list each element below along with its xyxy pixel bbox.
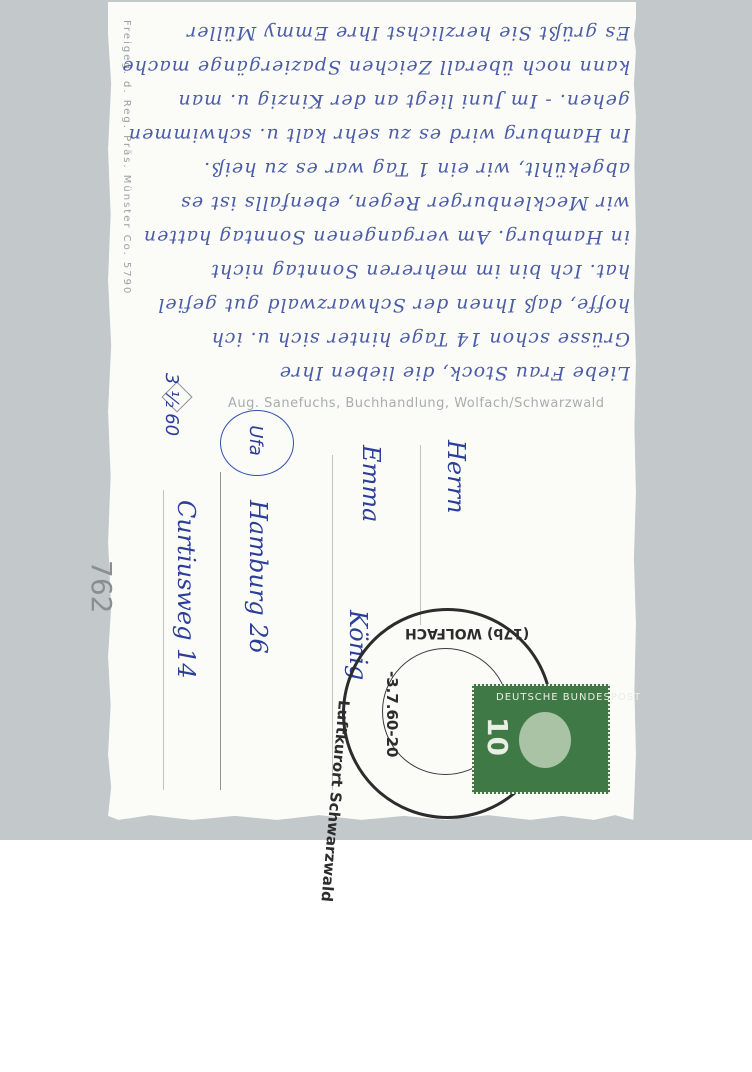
message-line: in Hamburg. Am vergangenen Sonntag hatte… (120, 212, 630, 248)
address-salutation: Herrn (442, 440, 470, 514)
message-line: hoffe, daß Ihnen der Schwarzwald gut gef… (120, 280, 630, 316)
logo-annotation: 3 ½ 60 (161, 373, 182, 436)
address-first-name: Emma (357, 445, 385, 522)
address-street: Curtiusweg 14 (172, 500, 200, 679)
message-line: Grüsse schon 14 Tage hinter sich u. ich (120, 314, 630, 350)
circled-note-text: Ufa (245, 425, 266, 456)
stamp-value: 10 (481, 717, 514, 756)
message-line: abgekühlt, wir ein 1 Tag war es zu heiß. (120, 144, 630, 180)
postage-stamp: DEUTSCHE BUNDESPOST 10 (472, 684, 610, 794)
pencil-number: 762 (85, 560, 118, 613)
stamp-country: DEUTSCHE BUNDESPOST (496, 692, 641, 703)
address-city: Hamburg 26 (244, 500, 272, 654)
handwritten-message: Liebe Frau Stock, die lieben Ihre Grüsse… (120, 4, 630, 384)
message-line: Liebe Frau Stock, die lieben Ihre (120, 348, 630, 384)
message-line: gehen. - Im Juni liegt an der Kinzig u. … (120, 76, 630, 112)
stamp-portrait-icon (519, 712, 571, 768)
message-line: wir Mecklenburger Regen, ebenfalls ist e… (120, 178, 630, 214)
postmark-date: -3.7.60-20 (383, 671, 401, 757)
postmark-town-code: (17b) WOLFACH (405, 625, 529, 641)
address-divider (220, 472, 221, 790)
message-line: In Hamburg wird es zu sehr kalt u. schwi… (120, 110, 630, 146)
message-line: Es grüßt Sie herzlichst Ihre Emmy Müller (120, 8, 630, 44)
message-line: kann noch überall Zeichen Spaziergänge m… (120, 42, 630, 78)
address-line (163, 490, 164, 790)
address-line (420, 445, 421, 625)
message-line: hat. Ich bin im mehreren Sonntag nicht (120, 246, 630, 282)
publisher-imprint: Aug. Sanefuchs, Buchhandlung, Wolfach/Sc… (228, 396, 605, 411)
